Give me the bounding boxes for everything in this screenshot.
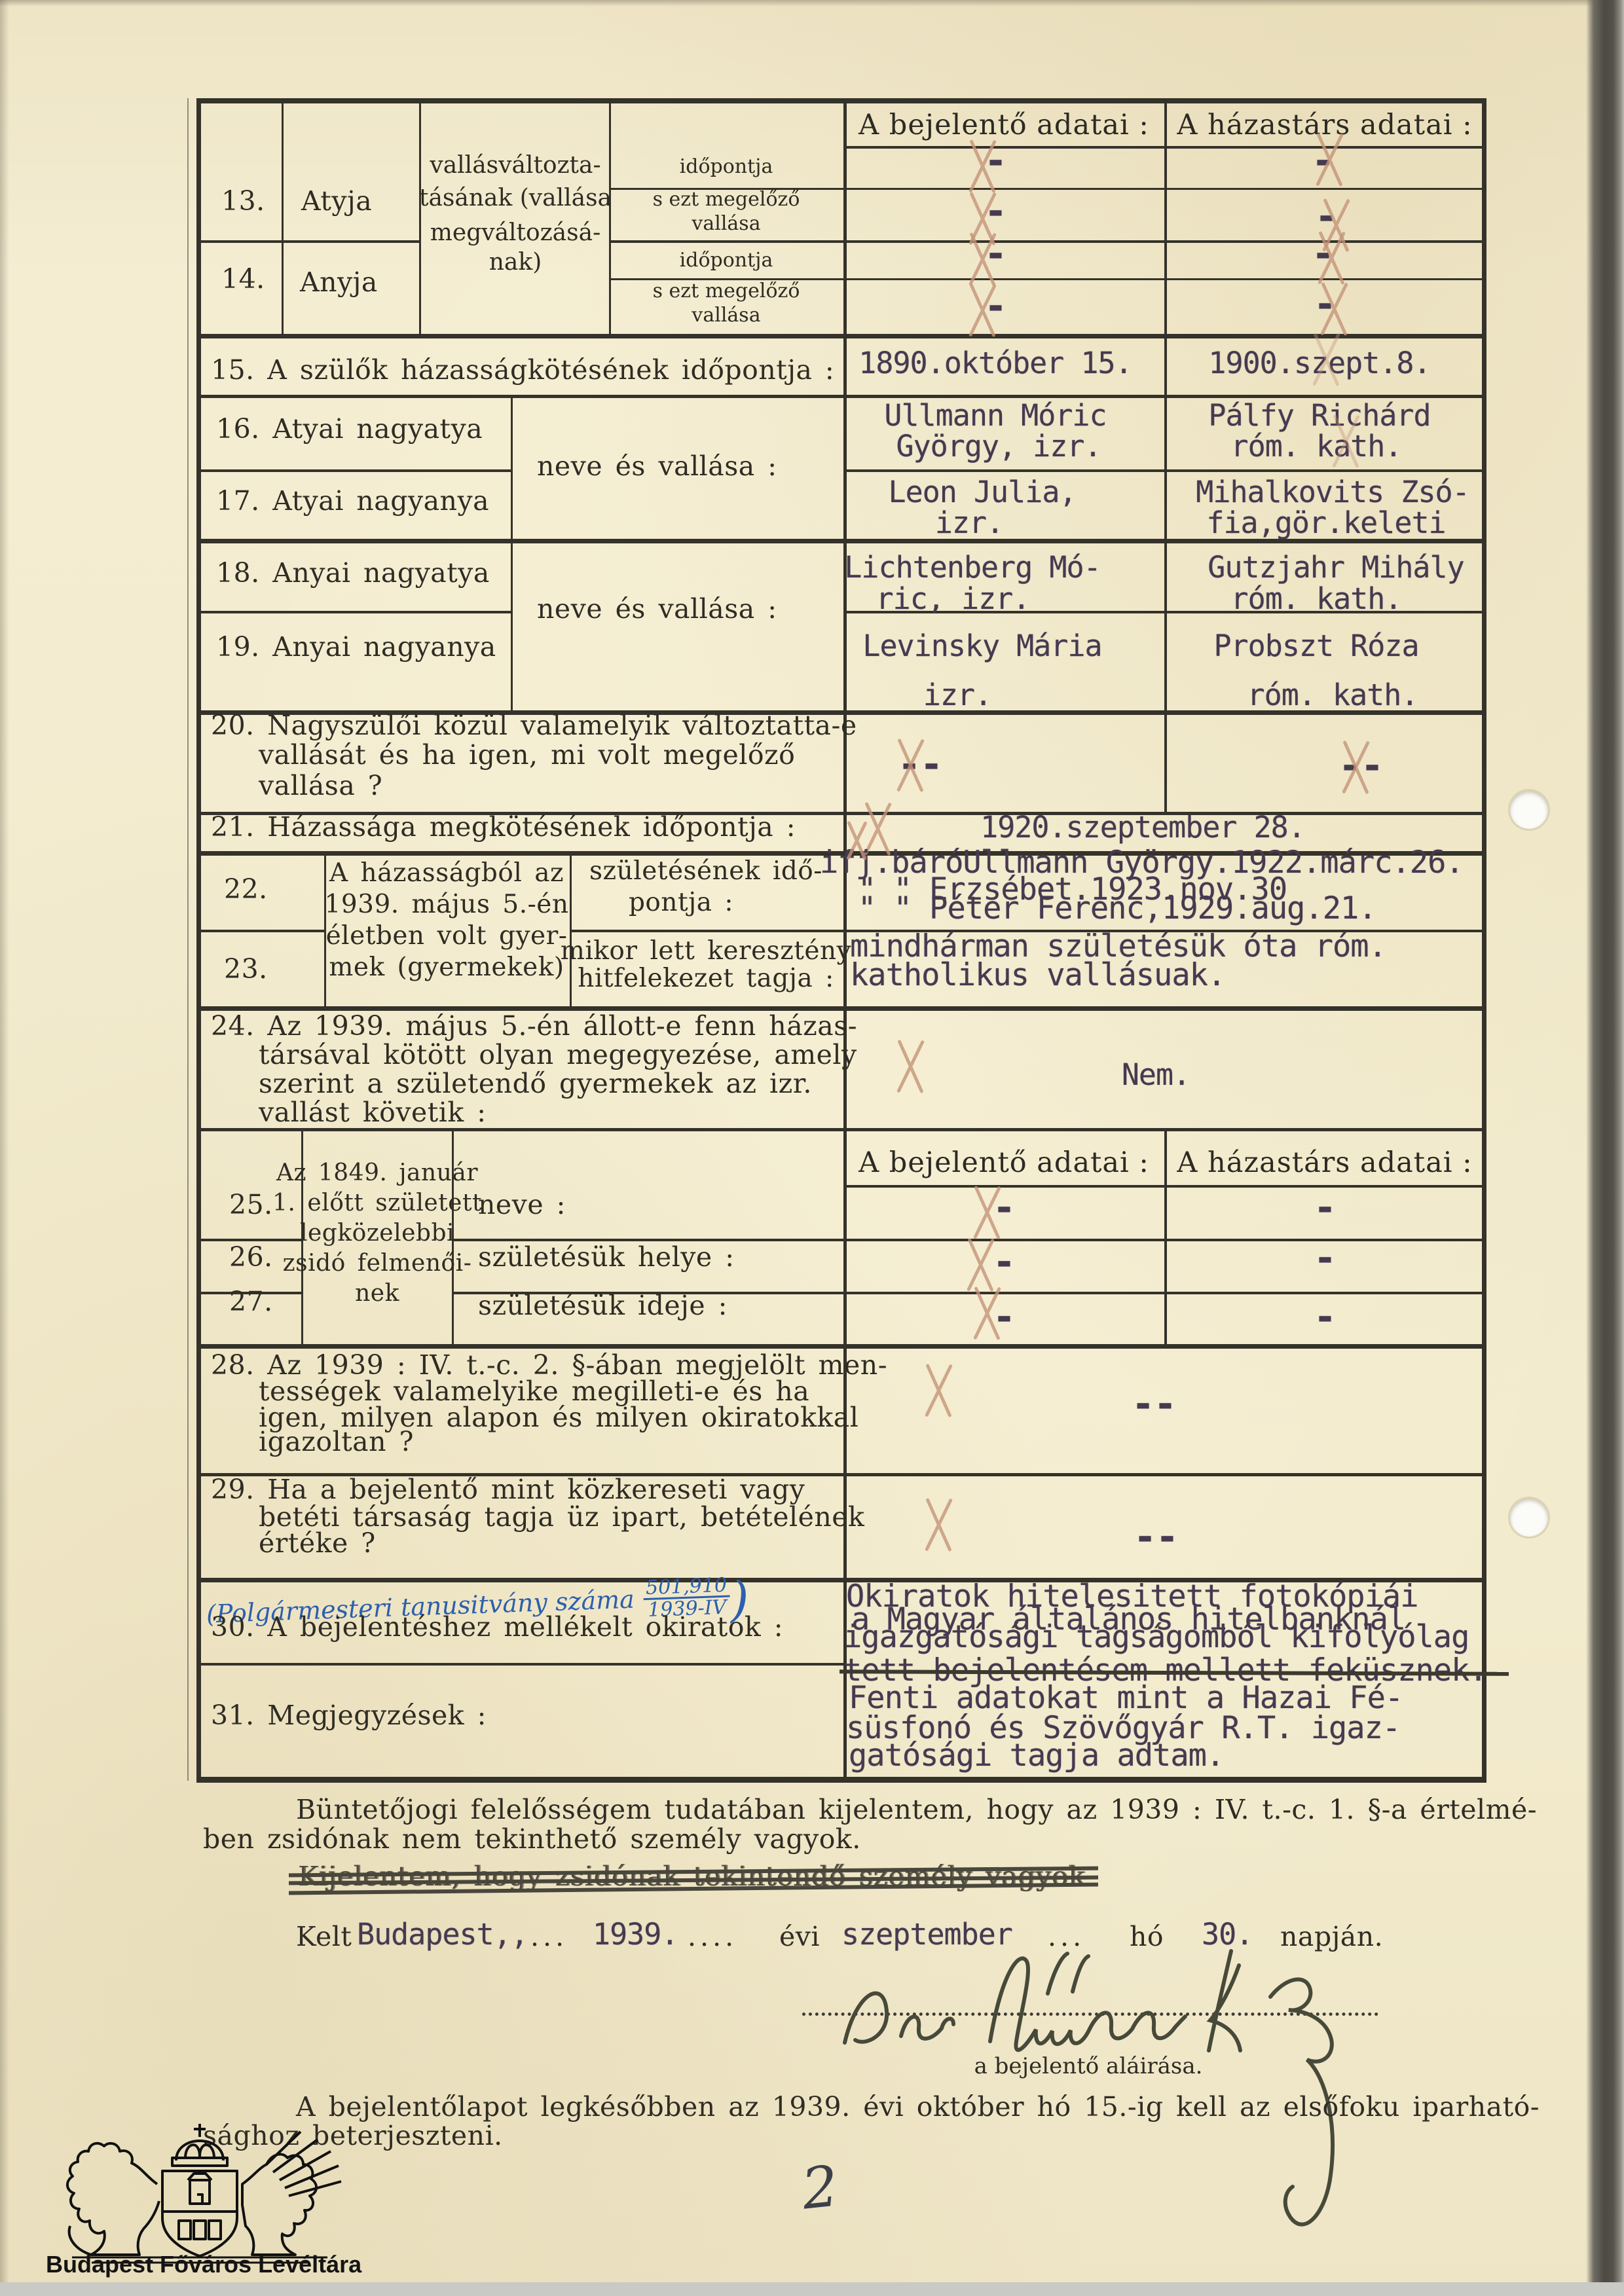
rule bbox=[196, 334, 1486, 338]
scanned-form-page: A bejelentő adatai : A házastárs adatai … bbox=[0, 0, 1624, 2296]
field-22-23-label-2: 1939. május 5.-én bbox=[325, 891, 569, 919]
sublabel-26-birthplace: születésük helye : bbox=[478, 1243, 735, 1272]
column-header-spouse: A házastárs adatai : bbox=[1177, 1146, 1472, 1179]
value-23-line-2: katholikus vallásuak. bbox=[850, 960, 1225, 991]
rule bbox=[1164, 98, 1167, 812]
signature-caption: a bejelentő aláirása. bbox=[974, 2053, 1203, 2079]
rule bbox=[196, 469, 511, 472]
rule bbox=[282, 98, 284, 334]
field-18-label: 18. Anyai nagyatya bbox=[216, 558, 490, 588]
pencil-x-mark bbox=[915, 1496, 959, 1554]
field-29-label-3: értéke ? bbox=[259, 1529, 376, 1558]
value-13a-spouse: - bbox=[1312, 141, 1334, 179]
field-25-27-label-5: nek bbox=[355, 1281, 399, 1307]
value-16-reporter-1: Ullmann Móric bbox=[884, 401, 1106, 430]
field-29-label-1: 29. Ha a bejelentő mint közkereseti vagy bbox=[211, 1475, 805, 1504]
rule bbox=[609, 240, 1486, 243]
kelt-dots: .... bbox=[688, 1922, 737, 1952]
value-19-spouse-1: Probszt Róza bbox=[1213, 631, 1418, 661]
column-header-spouse: A házastárs adatai : bbox=[1177, 109, 1472, 141]
relchange-label-line2: tásának (vallása bbox=[419, 185, 612, 211]
value-17-reporter-1: Leon Julia, bbox=[888, 477, 1076, 507]
value-16-spouse-2: róm. kath. bbox=[1231, 431, 1402, 461]
relchange-label-line1: vallásváltozta- bbox=[430, 152, 600, 179]
field-24-label-2: társával kötött olyan megegyezése, amely bbox=[259, 1040, 857, 1070]
value-14b-reporter: - bbox=[984, 287, 1006, 325]
rule bbox=[196, 98, 201, 1781]
hole-punch bbox=[1510, 791, 1548, 829]
rule bbox=[196, 1344, 1486, 1349]
value-21: 1920.szeptember 28. bbox=[980, 812, 1305, 842]
value-30-line-3: igazgatósági tagságomból kifolyólag bbox=[843, 1622, 1469, 1652]
rule bbox=[196, 1128, 1486, 1131]
rule bbox=[419, 98, 421, 334]
field-14-number: 14. bbox=[221, 264, 265, 294]
value-16-reporter-2: György, izr. bbox=[896, 431, 1101, 461]
field-19-label: 19. Anyai nagyanya bbox=[216, 632, 496, 662]
kelt-word: Kelt bbox=[296, 1922, 352, 1952]
rule bbox=[1482, 98, 1486, 1781]
value-18-spouse-2: róm. kath. bbox=[1231, 584, 1402, 613]
relchange-label-line4: nak) bbox=[489, 249, 542, 276]
sublabel-22-birthtime-1: születésének idő- bbox=[589, 858, 822, 886]
field-28-label-4: igazoltan ? bbox=[259, 1427, 414, 1457]
value-17-reporter-2: izr. bbox=[935, 508, 1003, 538]
kelt-year-typed: 1939. bbox=[593, 1920, 678, 1949]
sublabel-27-birthdate: születésük ideje : bbox=[478, 1291, 728, 1321]
rule bbox=[570, 851, 572, 1006]
field-24-label-4: vallást követik : bbox=[259, 1098, 487, 1127]
value-31-line-1: Fenti adatokat mint a Hazai Fé- bbox=[849, 1683, 1403, 1713]
value-19-spouse-2: róm. kath. bbox=[1247, 680, 1418, 710]
field-20-label-3: vallása ? bbox=[259, 771, 382, 801]
value-14b-spouse: - bbox=[1314, 285, 1336, 323]
field-20-label-2: vallását és ha igen, mi volt megelőző bbox=[259, 740, 795, 770]
value-15-spouse: 1900.szept.8. bbox=[1208, 348, 1430, 378]
value-13b-spouse: - bbox=[1315, 197, 1337, 235]
rule bbox=[187, 98, 189, 1781]
rule bbox=[196, 611, 511, 613]
field-16-label: 16. Atyai nagyatya bbox=[216, 414, 483, 444]
handwritten-page-number: 2 bbox=[799, 2153, 841, 2222]
field-13-number: 13. bbox=[221, 187, 265, 216]
sublabel-23-christian-2: hitfelekezet tagja : bbox=[578, 965, 834, 993]
field-27-number: 27. bbox=[229, 1287, 273, 1317]
rule bbox=[609, 98, 611, 334]
value-18-reporter-2: ric, izr. bbox=[876, 584, 1030, 613]
declaration-line-1: Büntetőjogi felelősségem tudatában kijel… bbox=[296, 1795, 1537, 1825]
field-21-label: 21. Házassága megkötésének időpontja : bbox=[211, 812, 796, 842]
hole-punch bbox=[1510, 1499, 1548, 1537]
field-30-label: 30. A bejelentéshez mellékelt okiratok : bbox=[211, 1613, 783, 1642]
sublabel-time: időpontja bbox=[680, 249, 773, 272]
value-20-spouse: -- bbox=[1338, 746, 1383, 784]
value-18-reporter-1: Lichtenberg Mó- bbox=[844, 553, 1100, 582]
value-19-reporter-1: Levinsky Mária bbox=[862, 631, 1101, 661]
value-15-reporter: 1890.október 15. bbox=[858, 348, 1132, 378]
field-14-label: Anyja bbox=[300, 268, 378, 297]
value-19-reporter-2: izr. bbox=[923, 680, 991, 710]
field-22-23-label-4: mek (gyermekek) bbox=[329, 954, 564, 982]
scan-edge-right bbox=[1586, 0, 1624, 2296]
crown-cross bbox=[194, 2124, 206, 2137]
field-24-label-3: szerint a születendő gyermekek az izr. bbox=[259, 1069, 812, 1099]
value-25-spouse: - bbox=[1314, 1188, 1336, 1226]
field-17-label: 17. Atyai nagyanya bbox=[216, 486, 489, 516]
sublabel-name-religion: neve és vallása : bbox=[537, 452, 777, 481]
sublabel-22-birthtime-2: pontja : bbox=[629, 889, 733, 917]
sublabel-name-religion: neve és vallása : bbox=[537, 594, 777, 624]
value-17-spouse-2: fia,gör.keleti bbox=[1206, 508, 1445, 538]
value-18-spouse-1: Gutzjahr Mihály bbox=[1208, 553, 1464, 582]
value-20-reporter: -- bbox=[898, 745, 942, 783]
value-29: -- bbox=[1134, 1518, 1178, 1556]
value-14a-spouse: - bbox=[1312, 234, 1334, 272]
value-27-spouse: - bbox=[1314, 1298, 1336, 1336]
sublabel-23-christian-1: mikor lett keresztény bbox=[561, 938, 851, 966]
value-13a-reporter: - bbox=[984, 141, 1006, 179]
value-27-reporter: - bbox=[993, 1298, 1015, 1336]
field-22-23-label-3: életben volt gyer- bbox=[326, 922, 568, 951]
field-31-label: 31. Megjegyzések : bbox=[211, 1701, 487, 1730]
archive-stamp-caption: Budapest Főváros Levéltára bbox=[46, 2251, 361, 2278]
archive-coat-of-arms bbox=[36, 2121, 363, 2252]
field-23-number: 23. bbox=[224, 955, 268, 984]
field-26-number: 26. bbox=[229, 1243, 273, 1272]
field-25-number: 25. bbox=[229, 1190, 273, 1220]
value-16-spouse-1: Pálfy Richárd bbox=[1208, 401, 1430, 430]
value-17-spouse-1: Mihalkovits Zsó- bbox=[1196, 477, 1469, 507]
value-26-spouse: - bbox=[1314, 1239, 1336, 1277]
kelt-place-typed: Budapest,, bbox=[357, 1920, 528, 1949]
relchange-label-line3: megváltozásá- bbox=[430, 219, 600, 246]
rule bbox=[196, 1777, 1486, 1783]
value-25-reporter: - bbox=[993, 1188, 1015, 1226]
field-25-27-label-4: zsidó felmenői- bbox=[283, 1250, 472, 1277]
sublabel-time: időpontja bbox=[680, 155, 773, 178]
sublabel-25-name: neve : bbox=[478, 1190, 566, 1220]
field-13-label: Atyja bbox=[301, 187, 372, 216]
field-25-27-label-3: legközelebbi bbox=[300, 1220, 454, 1247]
sublabel-prev-religion-2: vallása bbox=[692, 304, 760, 327]
rule bbox=[196, 240, 419, 243]
value-31-line-3: gatósági tagja adtam. bbox=[849, 1740, 1224, 1771]
rule bbox=[511, 395, 513, 710]
field-20-label-1: 20. Nagyszülői közül valamelyik változta… bbox=[211, 711, 857, 740]
scan-edge-top bbox=[0, 0, 1624, 7]
rule bbox=[196, 98, 1486, 103]
value-13b-reporter: - bbox=[984, 192, 1006, 230]
declaration-line-2: ben zsidónak nem tekinthető személy vagy… bbox=[203, 1825, 861, 1854]
field-25-27-label-2: 1. előtt született bbox=[272, 1190, 482, 1216]
kelt-dots: ... bbox=[530, 1922, 568, 1952]
field-25-27-label-1: Az 1849. január bbox=[276, 1160, 478, 1186]
rule bbox=[1164, 1128, 1167, 1344]
field-22-number: 22. bbox=[224, 875, 268, 904]
value-22-child-3: " " Péter Ferenc,1929.aug.21. bbox=[858, 893, 1376, 924]
struck-declaration: Kijelentem, hogy zsidónak tekintendő sze… bbox=[298, 1861, 1085, 1892]
scan-edge-left bbox=[0, 0, 9, 2296]
rule bbox=[196, 1663, 843, 1666]
sublabel-prev-religion-2: vallása bbox=[692, 212, 760, 235]
pencil-x-mark bbox=[887, 1038, 931, 1095]
field-22-23-label-1: A házasságból az bbox=[329, 860, 564, 888]
value-26-reporter: - bbox=[993, 1243, 1015, 1281]
column-header-reporter: A bejelentő adatai : bbox=[858, 109, 1149, 141]
sublabel-prev-religion-1: s ezt megelőző bbox=[653, 280, 800, 302]
rule bbox=[196, 930, 324, 932]
sublabel-prev-religion-1: s ezt megelőző bbox=[653, 188, 800, 211]
value-24: Nem. bbox=[1122, 1060, 1190, 1089]
value-14a-reporter: - bbox=[984, 234, 1006, 272]
pencil-x-mark bbox=[915, 1362, 959, 1419]
value-28: -- bbox=[1132, 1385, 1176, 1423]
column-header-reporter: A bejelentő adatai : bbox=[858, 1146, 1149, 1179]
field-15-label: 15. A szülők házasságkötésének időpontja… bbox=[211, 355, 834, 385]
deadline-line-1: A bejelentőlapot legkésőbben az 1939. év… bbox=[296, 2092, 1540, 2122]
field-24-label-1: 24. Az 1939. május 5.-én állott-e fenn h… bbox=[211, 1011, 857, 1041]
